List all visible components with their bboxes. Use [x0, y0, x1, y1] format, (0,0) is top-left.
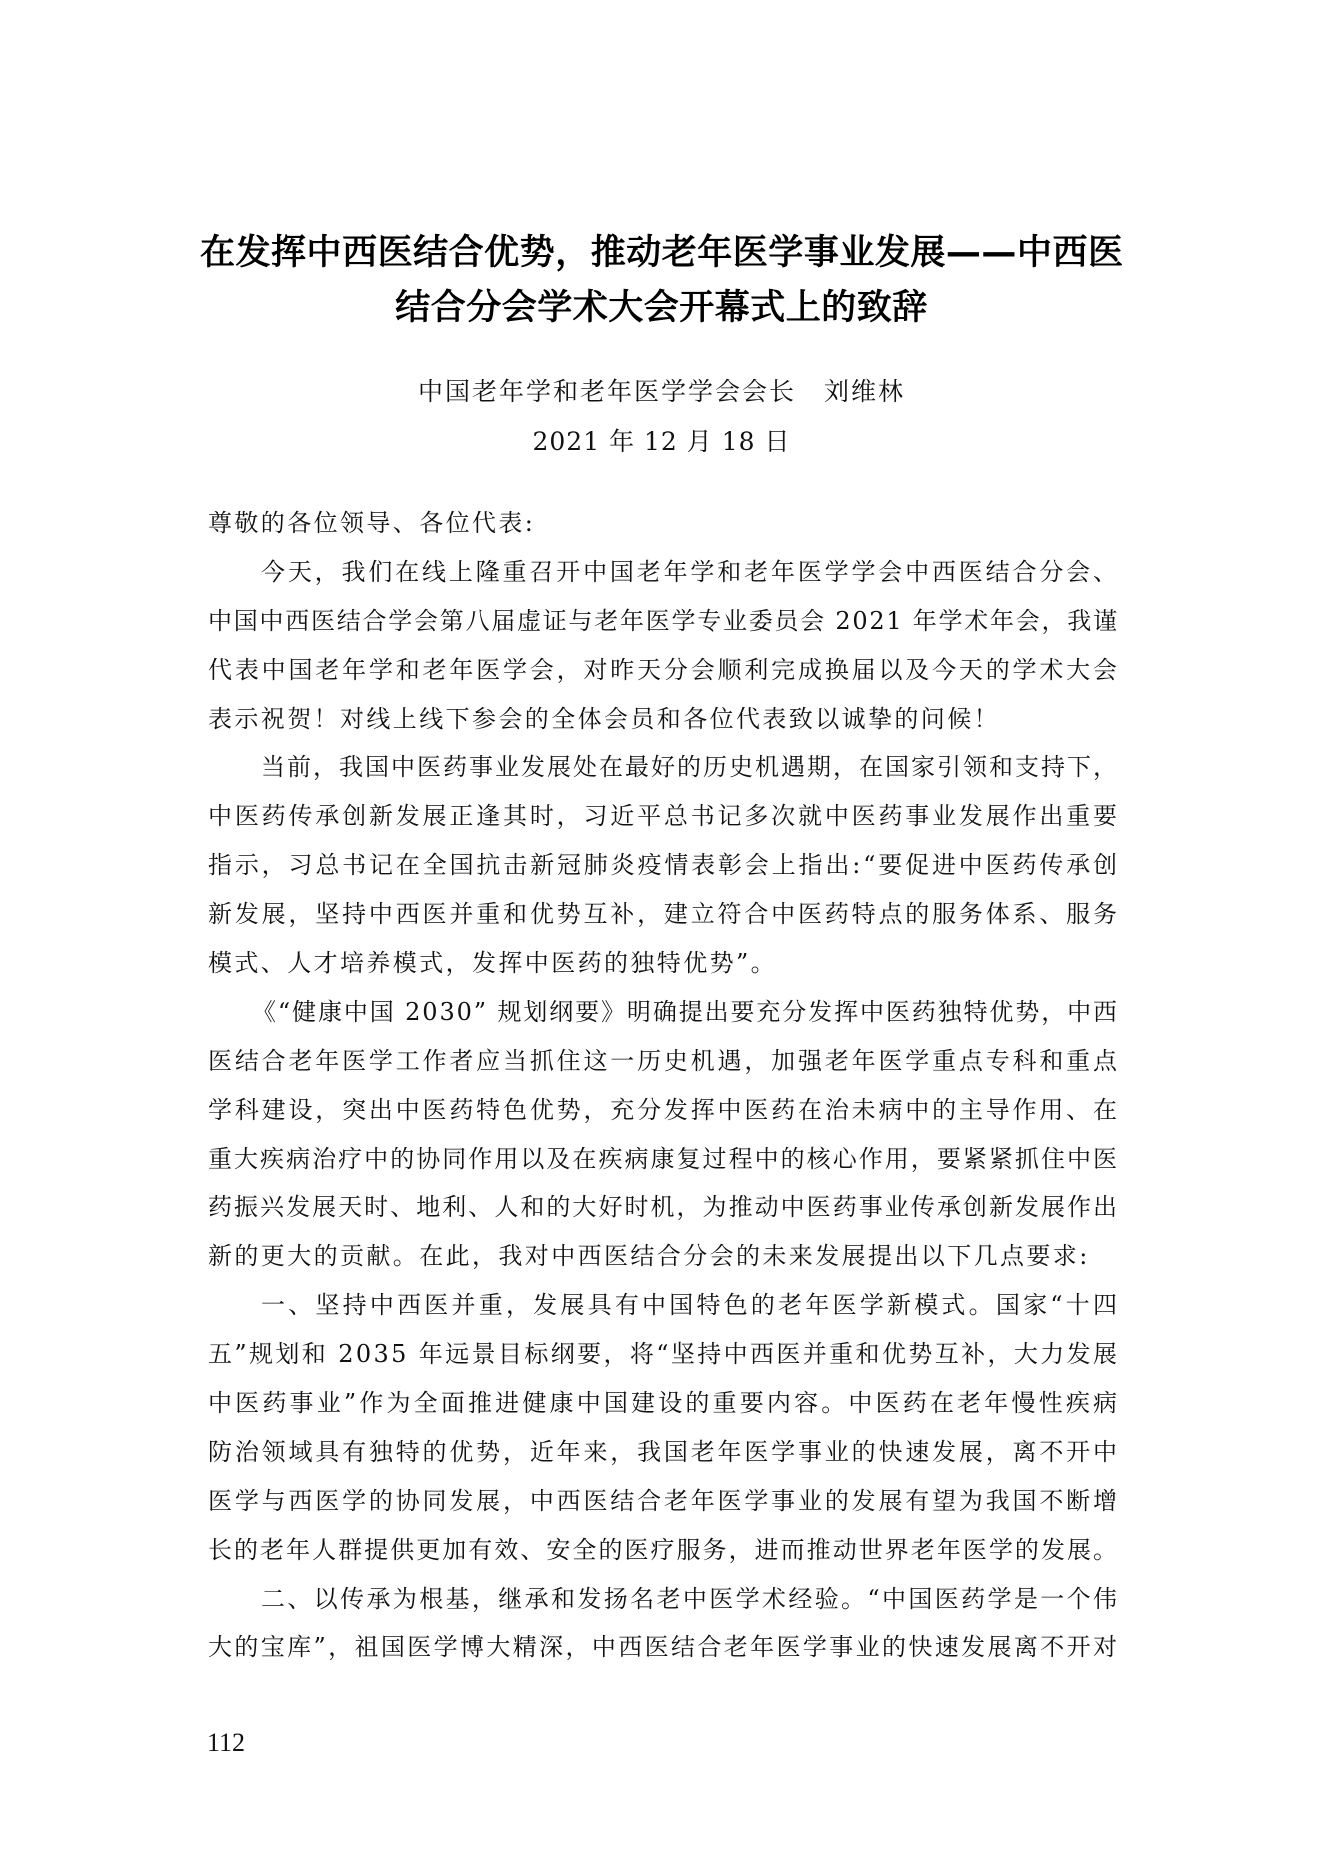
paragraph-1-line-4: 表示祝贺！对线上线下参会的全体会员和各位代表致以诚挚的问候！	[208, 704, 1117, 753]
author-line: 中国老年学和老年医学学会会长刘维林	[0, 372, 1323, 408]
paragraph-1-line-2: 中国中西医结合学会第八届虚证与老年医学专业委员会 2021 年学术年会，我谨	[208, 606, 1117, 655]
page-number: 112	[207, 1728, 245, 1758]
paragraph-2-line-2: 中医药传承创新发展正逢其时，习近平总书记多次就中医药事业发展作出重要	[208, 801, 1117, 850]
paragraph-3-line-6: 新的更大的贡献。在此，我对中西医结合分会的未来发展提出以下几点要求:	[208, 1241, 1117, 1290]
paragraph-1-line-3: 代表中国老年学和老年医学会，对昨天分会顺利完成换届以及今天的学术大会	[208, 655, 1117, 704]
paragraph-2-line-5: 模式、人才培养模式，发挥中医药的独特优势”。	[208, 948, 1117, 997]
document-title: 在发挥中西医结合优势，推动老年医学事业发展——中西医 结合分会学术大会开幕式上的…	[200, 226, 1123, 336]
document-page: 在发挥中西医结合优势，推动老年医学事业发展——中西医 结合分会学术大会开幕式上的…	[0, 0, 1323, 1871]
paragraph-5-line-1: 二、以传承为根基，继承和发扬名老中医学术经验。“中国医药学是一个伟	[208, 1584, 1117, 1633]
paragraph-3-line-3: 学科建设，突出中医药特色优势，充分发挥中医药在治未病中的主导作用、在	[208, 1095, 1117, 1144]
paragraph-4-line-3: 中医药事业”作为全面推进健康中国建设的重要内容。中医药在老年慢性疾病	[208, 1388, 1117, 1437]
paragraph-4-line-4: 防治领域具有独特的优势，近年来，我国老年医学事业的快速发展，离不开中	[208, 1437, 1117, 1486]
paragraph-4-line-1: 一、坚持中西医并重，发展具有中国特色的老年医学新模式。国家“十四	[208, 1290, 1117, 1339]
paragraph-4-line-6: 长的老年人群提供更加有效、安全的医疗服务，进而推动世界老年医学的发展。	[208, 1535, 1117, 1584]
paragraph-3-line-1: 《“健康中国 2030” 规划纲要》明确提出要充分发挥中医药独特优势，中西	[208, 997, 1117, 1046]
author-position: 中国老年学和老年医学学会会长	[418, 377, 796, 406]
paragraph-3-line-5: 药振兴发展天时、地利、人和的大好时机，为推动中医药事业传承创新发展作出	[208, 1192, 1117, 1241]
title-line-1: 在发挥中西医结合优势，推动老年医学事业发展——中西医	[200, 226, 1123, 281]
paragraph-4-line-5: 医学与西医学的协同发展，中西医结合老年医学事业的发展有望为我国不断增	[208, 1486, 1117, 1535]
title-line-2: 结合分会学术大会开幕式上的致辞	[200, 281, 1123, 336]
paragraph-4-line-2: 五”规划和 2035 年远景目标纲要，将“坚持中西医并重和优势互补，大力发展	[208, 1339, 1117, 1388]
document-body: 尊敬的各位领导、各位代表: 今天，我们在线上隆重召开中国老年学和老年医学学会中西…	[208, 508, 1117, 1681]
paragraph-3-line-4: 重大疾病治疗中的协同作用以及在疾病康复过程中的核心作用，要紧紧抓住中医	[208, 1144, 1117, 1193]
paragraph-2-line-4: 新发展，坚持中西医并重和优势互补，建立符合中医药特点的服务体系、服务	[208, 899, 1117, 948]
author-name: 刘维林	[824, 377, 905, 406]
speech-date: 2021 年 12 月 18 日	[0, 422, 1323, 458]
paragraph-5-line-2: 大的宝库”，祖国医学博大精深，中西医结合老年医学事业的快速发展离不开对	[208, 1632, 1117, 1681]
paragraph-3-line-2: 医结合老年医学工作者应当抓住这一历史机遇，加强老年医学重点专科和重点	[208, 1046, 1117, 1095]
paragraph-2-line-1: 当前，我国中医药事业发展处在最好的历史机遇期，在国家引领和支持下，	[208, 752, 1117, 801]
paragraph-1-line-1: 今天，我们在线上隆重召开中国老年学和老年医学学会中西医结合分会、	[208, 557, 1117, 606]
salutation: 尊敬的各位领导、各位代表:	[208, 508, 1117, 557]
paragraph-2-line-3: 指示，习总书记在全国抗击新冠肺炎疫情表彰会上指出:“要促进中医药传承创	[208, 850, 1117, 899]
